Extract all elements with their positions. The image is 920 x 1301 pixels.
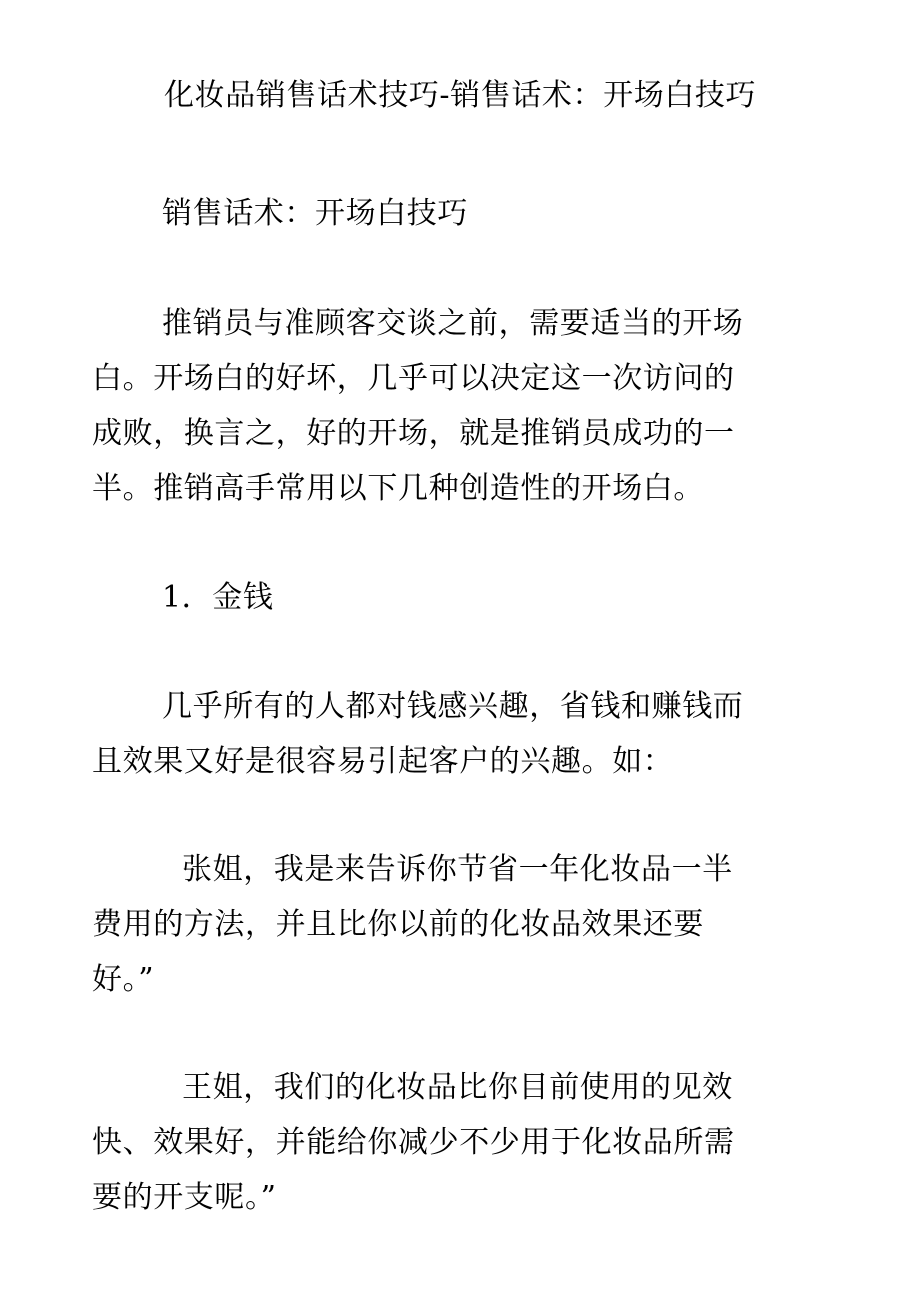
list-heading-money: 1．金钱 <box>162 578 274 618</box>
paragraph-line: 好。” <box>92 960 154 1000</box>
paragraph-line: 几乎所有的人都对钱感兴趣，省钱和赚钱而 <box>162 687 743 727</box>
paragraph-line: 推销员与准顾客交谈之前，需要适当的开场 <box>162 304 743 344</box>
document-title: 化妆品销售话术技巧-销售话术：开场白技巧 <box>164 76 756 116</box>
paragraph-line: 且效果又好是很容易引起客户的兴趣。如： <box>92 742 673 782</box>
paragraph-line: 张姐，我是来告诉你节省一年化妆品一半 <box>182 850 733 890</box>
paragraph-line: 费用的方法，并且比你以前的化妆品效果还要 <box>92 905 704 945</box>
paragraph-line: 王姐，我们的化妆品比你目前使用的见效 <box>182 1068 733 1108</box>
section-heading: 销售话术：开场白技巧 <box>162 194 468 234</box>
paragraph-line: 成败，换言之，好的开场，就是推销员成功的一 <box>92 414 735 454</box>
paragraph-line: 要的开支呢。” <box>92 1178 277 1218</box>
paragraph-line: 半。推销高手常用以下几种创造性的开场白。 <box>92 469 704 509</box>
paragraph-line: 白。开场白的好坏，几乎可以决定这一次访问的 <box>92 359 735 399</box>
paragraph-line: 快、效果好，并能给你减少不少用于化妆品所需 <box>92 1123 735 1163</box>
